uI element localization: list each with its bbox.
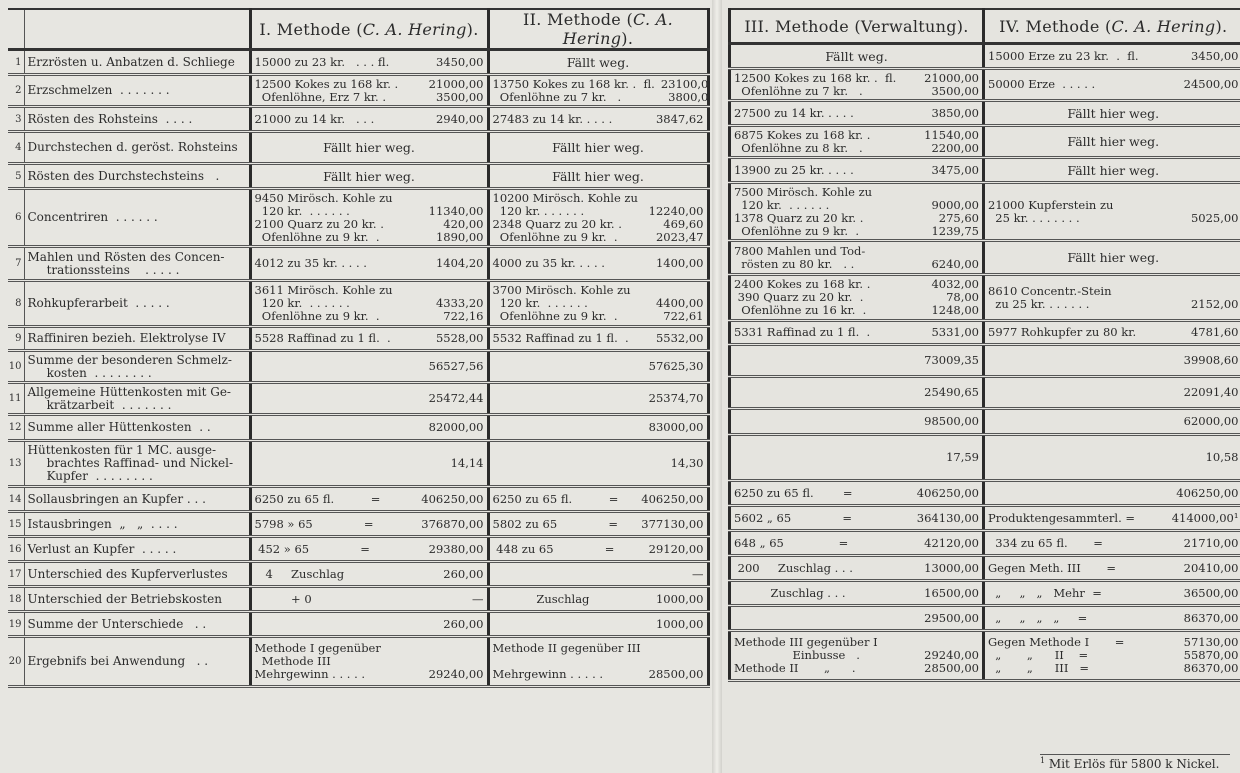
cell-m1: Fällt hier weg. [250,132,488,164]
table-row: 648 „ 65 =42120,00 334 zu 65 fl. =21710,… [730,531,1240,556]
cell-description: 6250 zu 65 fl. = [734,487,853,500]
column-header-method-1: I. Methode (C. A. Hering). [250,9,488,50]
cell-description: 15000 zu 23 kr. . . . fl. [255,56,390,69]
cell-m2: 25374,70 [488,383,708,415]
row-number: 8 [8,281,24,327]
cell-amount: 4400,00 722,61 [656,284,704,323]
cell-amount: 98500,00 [924,415,979,428]
cell-note: Fällt hier weg. [255,141,484,154]
cell-m4: 10,58 [984,435,1240,481]
cell-description: 7800 Mahlen und Tod- rösten zu 80 kr. . … [734,245,865,271]
cell-amount: 82000,00 [429,421,484,434]
table-row: 5602 „ 65 =364130,00Produktengesammterl.… [730,506,1240,531]
cell-amount: 57625,30 [649,360,704,373]
cell-m1: 82000,00 [250,415,488,441]
column-header-method-4: IV. Methode (C. A. Hering). [984,9,1240,44]
column-header-method-2: II. Methode (C. A. Hering). [488,9,708,50]
cell-amount: 36500,00 [1184,587,1239,600]
cell-m2: — [488,562,708,587]
cell-amount: 17,59 [946,451,979,464]
cell-m3: Fällt weg. [730,44,984,69]
cell-description: 6875 Kokes zu 168 kr. . Ofenlöhne zu 8 k… [734,129,870,155]
row-number: 5 [8,164,24,189]
cell-amount: 11540,00 2200,00 [924,129,979,155]
cell-amount: 11340,00 420,00 1890,00 [429,192,484,244]
cell-description: 21000 zu 14 kr. . . . [255,113,375,126]
cell-description: 5602 „ 65 = [734,512,852,525]
cell-description: 13900 zu 25 kr. . . . . [734,164,854,177]
cell-amount: 3450,00 [436,56,484,69]
table-row: Methode III gegenüber I Einbusse . Metho… [730,631,1240,681]
cell-amount: 25374,70 [649,392,704,405]
table-row: 3Rösten des Rohsteins . . . .21000 zu 14… [8,107,708,132]
table-row: 20Ergebnifs bei Anwendung . .Methode I g… [8,637,708,687]
table-row: 6875 Kokes zu 168 kr. . Ofenlöhne zu 8 k… [730,126,1240,158]
cell-m4: Fällt hier weg. [984,101,1240,126]
cell-amount: 42120,00 [924,537,979,550]
cell-description: Methode I gegenüber Methode III Mehrgewi… [255,642,381,681]
cell-amount: 406250,00 [1176,487,1238,500]
row-number: 10 [8,351,24,383]
cell-description: 8610 Concentr.-Stein zu 25 kr. . . . . .… [988,285,1112,311]
cell-m2: 1000,00 [488,612,708,637]
cell-note: Fällt hier weg. [988,135,1239,148]
cell-m1: 21000 zu 14 kr. . . .2940,00 [250,107,488,132]
row-label: Erzschmelzen . . . . . . . [24,75,250,107]
cell-m3: 6875 Kokes zu 168 kr. . Ofenlöhne zu 8 k… [730,126,984,158]
cell-m3: 17,59 [730,435,984,481]
row-label: Ergebnifs bei Anwendung . . [24,637,250,687]
cell-note: Fällt weg. [734,50,979,63]
cell-amount: 406250,00 [421,493,483,506]
row-label: Unterschied des Kupferverlustes [24,562,250,587]
cell-m1: 3611 Mirösch. Kohle zu 120 kr. . . . . .… [250,281,488,327]
table-row: 13Hüttenkosten für 1 MC. ausge- brachtes… [8,441,708,487]
cell-amount: 406250,00 [917,487,979,500]
cell-amount: 5528,00 [436,332,484,345]
header-row: I. Methode (C. A. Hering). II. Methode (… [8,9,708,50]
cell-m1: 12500 Kokes zu 168 kr. . Ofenlöhne, Erz … [250,75,488,107]
cell-amount: 29240,00 28500,00 [924,636,979,675]
cell-description: 10200 Mirösch. Kohle zu 120 kr. . . . . … [493,192,638,244]
cell-m3: 73009,35 [730,345,984,377]
cell-description: 13750 Kokes zu 168 kr. . fl. Ofenlöhne z… [493,78,655,104]
row-number: 18 [8,587,24,612]
table-row: 5Rösten des Durchstechsteins .Fällt hier… [8,164,708,189]
cell-m3: 200 Zuschlag . . .13000,00 [730,556,984,581]
cell-description: Produktengesammterl. = [988,512,1135,525]
table-row: 12500 Kokes zu 168 kr. . fl. Ofenlöhne z… [730,69,1240,101]
cell-m2: Methode II gegenüber III Mehrgewinn . . … [488,637,708,687]
cell-m3: 5602 „ 65 =364130,00 [730,506,984,531]
table-row: 7500 Mirösch. Kohle zu 120 kr. . . . . .… [730,183,1240,241]
row-number: 7 [8,247,24,281]
cell-m2: Zuschlag1000,00 [488,587,708,612]
table-row: 19Summe der Unterschiede . .260,001000,0… [8,612,708,637]
cell-description: 452 » 65 = [255,543,370,556]
cell-amount: 14,30 [671,457,704,470]
cell-note: Fällt hier weg. [988,107,1239,120]
cell-description: „ „ „ „ = [988,612,1087,625]
table-row: 15Istausbringen „ „ . . . .5798 » 65 =37… [8,512,708,537]
cell-m4: 39908,60 [984,345,1240,377]
header-row: III. Methode (Verwaltung). IV. Methode (… [730,9,1240,44]
cell-description: + 0 [255,593,312,606]
cell-amount: — [472,593,484,606]
cell-description: 9450 Mirösch. Kohle zu 120 kr. . . . . .… [255,192,393,244]
cell-m4: 8610 Concentr.-Stein zu 25 kr. . . . . .… [984,275,1240,321]
cell-description: 7500 Mirösch. Kohle zu 120 kr. . . . . .… [734,186,872,238]
cell-m3: 98500,00 [730,409,984,435]
cell-m3: 2400 Kokes zu 168 kr. . 390 Quarz zu 20 … [730,275,984,321]
cell-m4: „ „ „ Mehr =36500,00 [984,581,1240,606]
cell-description: 6250 zu 65 fl. = [493,493,619,506]
cell-description: 50000 Erze . . . . . [988,78,1095,91]
cell-amount: 1404,20 [436,257,484,270]
page-gutter [712,0,722,773]
cell-m4: 334 zu 65 fl. =21710,00 [984,531,1240,556]
cell-amount: 29500,00 [924,612,979,625]
cell-description: 200 Zuschlag . . . [734,562,853,575]
row-label: Durchstechen d. geröst. Rohsteins [24,132,250,164]
table-row: 2Erzschmelzen . . . . . . .12500 Kokes z… [8,75,708,107]
cell-m2: 13750 Kokes zu 168 kr. . fl. Ofenlöhne z… [488,75,708,107]
row-label: Raffiniren bezieh. Elektrolyse IV [24,327,250,351]
table-row: 73009,3539908,60 [730,345,1240,377]
cost-table-left: I. Methode (C. A. Hering). II. Methode (… [8,8,710,688]
cell-description: 5798 » 65 = [255,518,374,531]
cell-amount: — [692,568,704,581]
row-number: 3 [8,107,24,132]
cell-note: Fällt hier weg. [988,164,1239,177]
cell-description: 21000 Kupferstein zu 25 kr. . . . . . . … [988,199,1113,225]
cell-m4: Gegen Meth. III =20410,00 [984,556,1240,581]
cell-m2: 5802 zu 65 =377130,00 [488,512,708,537]
row-label: Rohkupferarbeit . . . . . [24,281,250,327]
cell-m2: 83000,00 [488,415,708,441]
cell-m2: 5532 Raffinad zu 1 fl. .5532,00 [488,327,708,351]
cell-m1: 5528 Raffinad zu 1 fl. .5528,00 [250,327,488,351]
cell-amount: 83000,00 [649,421,704,434]
table-row: 16Verlust an Kupfer . . . . . 452 » 65 =… [8,537,708,562]
cell-m4: 22091,40 [984,377,1240,409]
cell-amount: 10,58 [1206,451,1239,464]
cell-amount: 9000,00 275,60 1239,75 [931,186,979,238]
cell-m3: Methode III gegenüber I Einbusse . Metho… [730,631,984,681]
table-row: 200 Zuschlag . . .13000,00Gegen Meth. II… [730,556,1240,581]
row-number: 20 [8,637,24,687]
cell-amount: 3850,00 [931,107,979,120]
cost-table-right: III. Methode (Verwaltung). IV. Methode (… [728,8,1240,682]
table-row: Fällt weg.15000 Erze zu 23 kr. . fl.3450… [730,44,1240,69]
cell-m2: 6250 zu 65 fl. =406250,00 [488,487,708,512]
row-label: Summe aller Hüttenkosten . . [24,415,250,441]
right-page: III. Methode (Verwaltung). IV. Methode (… [722,0,1240,773]
cell-amount: 25490,65 [924,386,979,399]
table-row: 6Concentriren . . . . . .9450 Mirösch. K… [8,189,708,247]
cell-amount: 3847,62 [656,113,704,126]
cell-note: Fällt hier weg. [255,170,484,183]
cell-amount: 39908,60 [1184,354,1239,367]
cell-amount: 414000,00¹ [1172,512,1239,525]
table-row: 17,5910,58 [730,435,1240,481]
table-row: 7Mahlen und Rösten des Concen- trationss… [8,247,708,281]
cell-description: 5528 Raffinad zu 1 fl. . [255,332,391,345]
row-label: Erzrösten u. Anbatzen d. Schliege [24,50,250,75]
row-number: 12 [8,415,24,441]
table-row: 14Sollausbringen an Kupfer . . .6250 zu … [8,487,708,512]
cell-description: 27500 zu 14 kr. . . . . [734,107,854,120]
cell-m2: 4000 zu 35 kr. . . . .1400,00 [488,247,708,281]
cell-description: Gegen Meth. III = [988,562,1116,575]
row-label: Allgemeine Hüttenkosten mit Ge- krätzarb… [24,383,250,415]
cell-m2: 27483 zu 14 kr. . . . .3847,62 [488,107,708,132]
cell-description: 3700 Mirösch. Kohle zu 120 kr. . . . . .… [493,284,631,323]
table-row: 25490,6522091,40 [730,377,1240,409]
cell-description: Zuschlag [493,593,590,606]
cell-amount: 13000,00 [924,562,979,575]
cell-amount: 29120,00 [649,543,704,556]
cell-amount: 1000,00 [656,593,704,606]
cell-description: 4012 zu 35 kr. . . . . [255,257,367,270]
cell-m1: 452 » 65 =29380,00 [250,537,488,562]
table-row: 8Rohkupferarbeit . . . . .3611 Mirösch. … [8,281,708,327]
cell-amount: 406250,00 [641,493,703,506]
cell-note: Fällt hier weg. [493,170,704,183]
cell-amount: 25472,44 [429,392,484,405]
cell-amount: 57130,00 55870,00 86370,00 [1184,636,1239,675]
table-row: 27500 zu 14 kr. . . . .3850,00Fällt hier… [730,101,1240,126]
cell-m4: Fällt hier weg. [984,126,1240,158]
cell-amount: 260,00 [443,618,483,631]
cell-m4: 21000 Kupferstein zu 25 kr. . . . . . . … [984,183,1240,241]
table-row: 13900 zu 25 kr. . . . .3475,00Fällt hier… [730,158,1240,183]
cell-description: Zuschlag . . . [734,587,846,600]
row-label: Summe der besonderen Schmelz- kosten . .… [24,351,250,383]
row-number: 11 [8,383,24,415]
cell-amount: 24500,00 [1184,78,1239,91]
cell-m1: 9450 Mirösch. Kohle zu 120 kr. . . . . .… [250,189,488,247]
cell-m3: 6250 zu 65 fl. =406250,00 [730,481,984,506]
cell-m2: Fällt hier weg. [488,132,708,164]
cell-m3: 29500,00 [730,606,984,631]
row-label: Verlust an Kupfer . . . . . [24,537,250,562]
row-label: Istausbringen „ „ . . . . [24,512,250,537]
row-label: Hüttenkosten für 1 MC. ausge- brachtes R… [24,441,250,487]
cell-m3: 12500 Kokes zu 168 kr. . fl. Ofenlöhne z… [730,69,984,101]
row-number: 14 [8,487,24,512]
cell-amount: 73009,35 [924,354,979,367]
cell-amount: 4333,20 722,16 [436,284,484,323]
cell-m3: 25490,65 [730,377,984,409]
cell-m3: 13900 zu 25 kr. . . . .3475,00 [730,158,984,183]
table-row: 29500,00 „ „ „ „ =86370,00 [730,606,1240,631]
cell-amount: 5025,00 [1191,199,1239,225]
table-row: 98500,0062000,00 [730,409,1240,435]
cell-note: Fällt hier weg. [988,251,1239,264]
cell-m4: Fällt hier weg. [984,158,1240,183]
cell-m3: 5331 Raffinad zu 1 fl. .5331,00 [730,321,984,345]
row-label: Unterschied der Betriebskosten [24,587,250,612]
cell-m1: 260,00 [250,612,488,637]
cell-m1: 4 Zuschlag260,00 [250,562,488,587]
cell-m4: 50000 Erze . . . . .24500,00 [984,69,1240,101]
table-row: 2400 Kokes zu 168 kr. . 390 Quarz zu 20 … [730,275,1240,321]
row-number: 4 [8,132,24,164]
cell-description: 3611 Mirösch. Kohle zu 120 kr. . . . . .… [255,284,393,323]
cell-amount: 14,14 [451,457,484,470]
cell-amount: 364130,00 [917,512,979,525]
row-label: Concentriren . . . . . . [24,189,250,247]
cell-m1: 25472,44 [250,383,488,415]
cell-amount: 3475,00 [931,164,979,177]
table-row: 12Summe aller Hüttenkosten . .82000,0083… [8,415,708,441]
cell-amount: 1000,00 [656,618,704,631]
cell-description: 334 zu 65 fl. = [988,537,1103,550]
cell-amount: 16500,00 [924,587,979,600]
row-number: 6 [8,189,24,247]
cell-description: 12500 Kokes zu 168 kr. . Ofenlöhne, Erz … [255,78,399,104]
cell-m2: 3700 Mirösch. Kohle zu 120 kr. . . . . .… [488,281,708,327]
cell-amount: 56527,56 [429,360,484,373]
cell-m4: 406250,00 [984,481,1240,506]
cell-description: 5802 zu 65 = [493,518,619,531]
cell-m1: 14,14 [250,441,488,487]
table-row: 18Unterschied der Betriebskosten + 0— Zu… [8,587,708,612]
cell-m4: „ „ „ „ =86370,00 [984,606,1240,631]
cell-description: 5331 Raffinad zu 1 fl. . [734,326,870,339]
row-number: 13 [8,441,24,487]
table-row: 6250 zu 65 fl. =406250,00406250,00 [730,481,1240,506]
cell-amount: 21000,00 3500,00 [429,78,484,104]
cell-m4: 62000,00 [984,409,1240,435]
cell-description: 27483 zu 14 kr. . . . . [493,113,613,126]
column-header-method-3: III. Methode (Verwaltung). [730,9,984,44]
cell-m4: Gegen Methode I = „ „ II = „ „ III =5713… [984,631,1240,681]
row-label: Mahlen und Rösten des Concen- trationsst… [24,247,250,281]
cell-m2: 10200 Mirösch. Kohle zu 120 kr. . . . . … [488,189,708,247]
cell-m4: 5977 Rohkupfer zu 80 kr.4781,60 [984,321,1240,345]
cell-m2: 57625,30 [488,351,708,383]
cell-m1: 5798 » 65 =376870,00 [250,512,488,537]
cell-m1: + 0— [250,587,488,612]
cell-m1: Fällt hier weg. [250,164,488,189]
cell-amount: 1400,00 [656,257,704,270]
cell-description: 5977 Rohkupfer zu 80 kr. [988,326,1136,339]
cell-description: 6250 zu 65 fl. = [255,493,381,506]
cell-m3: 27500 zu 14 kr. . . . .3850,00 [730,101,984,126]
row-label: Rösten des Rohsteins . . . . [24,107,250,132]
cell-description: 15000 Erze zu 23 kr. . fl. [988,50,1139,63]
cell-description: 4 Zuschlag [255,568,345,581]
cell-m4: 15000 Erze zu 23 kr. . fl.3450,00 [984,44,1240,69]
cell-amount: 260,00 [443,568,483,581]
cell-amount: 29380,00 [429,543,484,556]
cell-m1: 6250 zu 65 fl. =406250,00 [250,487,488,512]
table-row: 4Durchstechen d. geröst. RohsteinsFällt … [8,132,708,164]
cell-amount: 29240,00 [429,642,484,681]
cell-m2: Fällt weg. [488,50,708,75]
cell-amount: 20410,00 [1184,562,1239,575]
row-number: 19 [8,612,24,637]
cell-description: 648 „ 65 = [734,537,848,550]
cell-description: Methode II gegenüber III Mehrgewinn . . … [493,642,641,681]
cell-amount: 6240,00 [931,245,979,271]
cell-description: Methode III gegenüber I Einbusse . Metho… [734,636,878,675]
row-number: 15 [8,512,24,537]
cell-m1: 4012 zu 35 kr. . . . .1404,20 [250,247,488,281]
cell-amount: 22091,40 [1184,386,1239,399]
cell-amount: 21000,00 3500,00 [924,72,979,98]
cell-m1: Methode I gegenüber Methode III Mehrgewi… [250,637,488,687]
cell-m1: 56527,56 [250,351,488,383]
cell-description: 4000 zu 35 kr. . . . . [493,257,605,270]
left-page: I. Methode (C. A. Hering). II. Methode (… [0,0,712,773]
cell-note: Fällt hier weg. [493,141,704,154]
cell-m3: 7800 Mahlen und Tod- rösten zu 80 kr. . … [730,241,984,275]
cell-m2: 448 zu 65 =29120,00 [488,537,708,562]
cell-description: 12500 Kokes zu 168 kr. . fl. Ofenlöhne z… [734,72,896,98]
table-row: 17Unterschied des Kupferverlustes 4 Zusc… [8,562,708,587]
cell-amount: 5532,00 [656,332,704,345]
cell-amount: 12240,00 469,60 2023,47 [649,192,704,244]
row-label: Sollausbringen an Kupfer . . . [24,487,250,512]
cell-amount: 23100,00 3800,00 [661,78,708,104]
cell-m3: 7500 Mirösch. Kohle zu 120 kr. . . . . .… [730,183,984,241]
table-row: 5331 Raffinad zu 1 fl. .5331,005977 Rohk… [730,321,1240,345]
row-number: 9 [8,327,24,351]
cell-m1: 15000 zu 23 kr. . . . fl.3450,00 [250,50,488,75]
row-label: Summe der Unterschiede . . [24,612,250,637]
cell-amount: 62000,00 [1184,415,1239,428]
table-row: 7800 Mahlen und Tod- rösten zu 80 kr. . … [730,241,1240,275]
footnote: 1 Mit Erlös für 5800 k Nickel. [1040,754,1230,771]
table-row: Zuschlag . . .16500,00 „ „ „ Mehr =36500… [730,581,1240,606]
cell-amount: 4781,60 [1191,326,1239,339]
row-number: 1 [8,50,24,75]
cell-amount: 21710,00 [1184,537,1239,550]
cell-description: „ „ „ Mehr = [988,587,1102,600]
cell-amount: 2940,00 [436,113,484,126]
cell-amount: 86370,00 [1184,612,1239,625]
cell-m2: Fällt hier weg. [488,164,708,189]
row-number: 16 [8,537,24,562]
cell-m4: Fällt hier weg. [984,241,1240,275]
table-row: 10Summe der besonderen Schmelz- kosten .… [8,351,708,383]
cell-description: 5532 Raffinad zu 1 fl. . [493,332,629,345]
cell-description: 2400 Kokes zu 168 kr. . 390 Quarz zu 20 … [734,278,870,317]
row-number: 17 [8,562,24,587]
row-number: 2 [8,75,24,107]
cell-amount: 4032,00 78,00 1248,00 [931,278,979,317]
cell-amount: 3450,00 [1191,50,1239,63]
cell-amount: 377130,00 [641,518,703,531]
cell-m3: Zuschlag . . .16500,00 [730,581,984,606]
cell-amount: 5331,00 [931,326,979,339]
table-row: 11Allgemeine Hüttenkosten mit Ge- krätza… [8,383,708,415]
table-row: 9Raffiniren bezieh. Elektrolyse IV5528 R… [8,327,708,351]
cell-m2: 14,30 [488,441,708,487]
cell-m3: 648 „ 65 =42120,00 [730,531,984,556]
cell-amount: 376870,00 [421,518,483,531]
cell-description: 448 zu 65 = [493,543,615,556]
cell-amount: 2152,00 [1191,285,1239,311]
cell-description: Gegen Methode I = „ „ II = „ „ III = [988,636,1124,675]
table-row: 1Erzrösten u. Anbatzen d. Schliege15000 … [8,50,708,75]
cell-note: Fällt weg. [493,56,704,69]
cell-amount: 28500,00 [649,642,704,681]
row-label: Rösten des Durchstechsteins . [24,164,250,189]
